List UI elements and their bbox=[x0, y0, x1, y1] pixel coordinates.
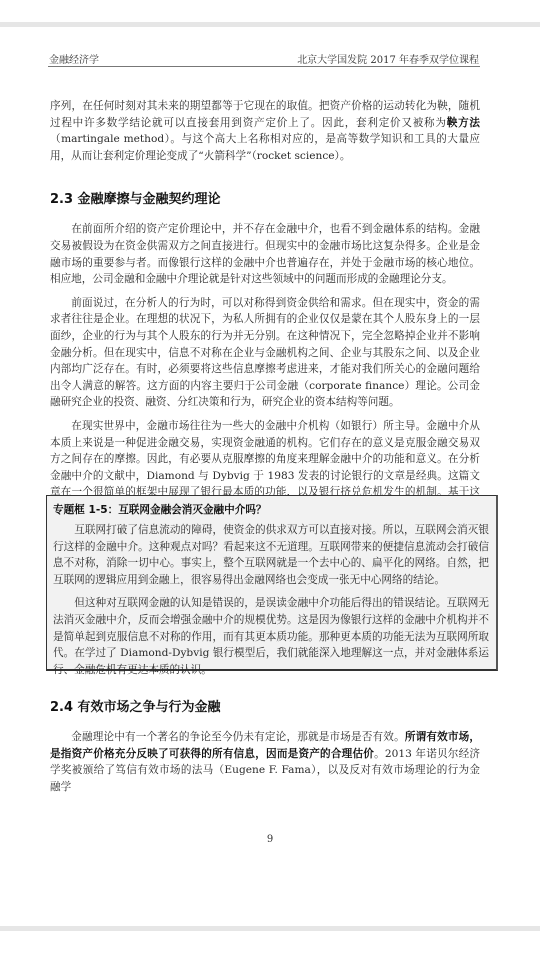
section-heading-2-4: 2.4 有效市场之争与行为金融 bbox=[50, 696, 480, 715]
bold-term: 鞅方法 bbox=[447, 117, 480, 129]
topic-box-1-5: 专题框 1-5：互联网金融会消灭金融中介吗？ 互联网打破了信息流动的障碍，使资金… bbox=[46, 495, 498, 671]
topic-box-title: 专题框 1-5：互联网金融会消灭金融中介吗？ bbox=[53, 502, 489, 518]
page-gap-bottom bbox=[0, 926, 540, 931]
box-paragraph: 互联网打破了信息流动的障碍，使资金的供求双方可以直接对接。所以，互联网会消灭银行… bbox=[53, 522, 489, 588]
box-paragraph: 但这种对互联网金融的认知是错误的，是误读金融中介功能后得出的错误结论。互联网无法… bbox=[53, 595, 489, 678]
paragraph: 金融理论中有一个著名的争论至今仍未有定论，那就是市场是否有效。所谓有效市场，是指… bbox=[50, 729, 480, 795]
text-run: 序列，在任何时刻对其未来的期望都等于它现在的取值。把资产价格的运动转化为鞅，随机… bbox=[50, 100, 480, 129]
text-run: 金融理论中有一个著名的争论至今仍未有定论，那就是市场是否有效。 bbox=[71, 731, 405, 743]
section-heading-2-3: 2.3 金融摩擦与金融契约理论 bbox=[50, 188, 480, 207]
header-course-title: 金融经济学 bbox=[49, 51, 99, 66]
text-run: （martingale method）。与这个高大上名称相对应的，是高等数学知识… bbox=[50, 133, 480, 162]
running-header: 金融经济学 北京大学国发院 2017 年春季双学位课程 bbox=[48, 50, 480, 67]
intro-paragraph: 序列，在任何时刻对其未来的期望都等于它现在的取值。把资产价格的运动转化为鞅，随机… bbox=[50, 98, 480, 164]
header-institution: 北京大学国发院 2017 年春季双学位课程 bbox=[297, 51, 479, 66]
paragraph: 前面说过，在分析人的行为时，可以对称得到资金供给和需求。但在现实中，资金的需求者… bbox=[50, 295, 480, 411]
paragraph: 在前面所介绍的资产定价理论中，并不存在金融中介，也看不到金融体系的结构。金融交易… bbox=[50, 221, 480, 287]
page-number: 9 bbox=[0, 834, 540, 845]
body-content: 序列，在任何时刻对其未来的期望都等于它现在的取值。把资产价格的运动转化为鞅，随机… bbox=[50, 98, 480, 517]
body-content-2: 2.4 有效市场之争与行为金融 金融理论中有一个著名的争论至今仍未有定论，那就是… bbox=[50, 696, 480, 795]
